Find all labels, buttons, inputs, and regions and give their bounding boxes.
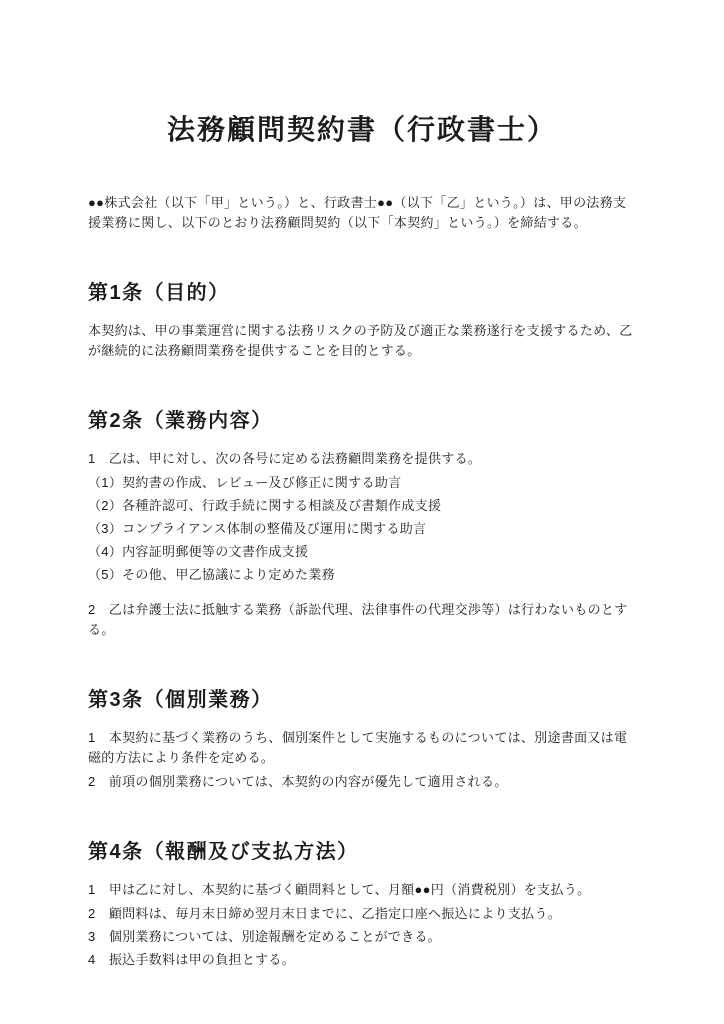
article-3-heading: 第3条（個別業務）: [88, 688, 636, 713]
article-1-body: 本契約は、甲の事業運営に関する法務リスクの予防及び適正な業務遂行を支援するため、…: [88, 321, 636, 361]
article-1-heading: 第1条（目的）: [88, 281, 636, 306]
article-2-item-list: （1）契約書の作成、レビュー及び修正に関する助言 （2）各種許認可、行政手続に関…: [88, 473, 636, 584]
article-2-clause-1: 1 乙は、甲に対し、次の各号に定める法務顧問業務を提供する。: [88, 449, 636, 469]
article-1-section: 第1条（目的） 本契約は、甲の事業運営に関する法務リスクの予防及び適正な業務遂行…: [88, 281, 636, 361]
document-page: 法務顧問契約書（行政書士） ●●株式会社（以下「甲」という。）と、行政書士●●（…: [0, 0, 724, 1024]
article-2-item-5: （5）その他、甲乙協議により定めた業務: [88, 565, 636, 584]
article-4-heading: 第4条（報酬及び支払方法）: [88, 840, 636, 865]
article-3-clause-2: 2 前項の個別業務については、本契約の内容が優先して適用される。: [88, 772, 636, 792]
article-2-section: 第2条（業務内容） 1 乙は、甲に対し、次の各号に定める法務顧問業務を提供する。…: [88, 409, 636, 640]
article-2-item-2: （2）各種許認可、行政手続に関する相談及び書類作成支援: [88, 496, 636, 515]
article-2-item-1: （1）契約書の作成、レビュー及び修正に関する助言: [88, 473, 636, 492]
article-4-clause-3: 3 個別業務については、別途報酬を定めることができる。: [88, 927, 636, 946]
document-title: 法務顧問契約書（行政書士）: [88, 112, 636, 147]
article-4-clause-4: 4 振込手数料は甲の負担とする。: [88, 950, 636, 969]
article-2-heading: 第2条（業務内容）: [88, 409, 636, 434]
preamble-paragraph: ●●株式会社（以下「甲」という。）と、行政書士●●（以下「乙」という。）は、甲の…: [88, 193, 636, 233]
article-3-section: 第3条（個別業務） 1 本契約に基づく業務のうち、個別案件として実施するものにつ…: [88, 688, 636, 792]
article-2-item-3: （3）コンプライアンス体制の整備及び運用に関する助言: [88, 519, 636, 538]
article-3-clause-1: 1 本契約に基づく業務のうち、個別案件として実施するものについては、別途書面又は…: [88, 728, 636, 768]
article-2-clause-2: 2 乙は弁護士法に抵触する業務（訴訟代理、法律事件の代理交渉等）は行わないものと…: [88, 600, 636, 640]
article-4-clause-2: 2 顧問料は、毎月末日締め翌月末日までに、乙指定口座へ振込により支払う。: [88, 904, 636, 923]
article-2-item-4: （4）内容証明郵便等の文書作成支援: [88, 542, 636, 561]
article-4-clause-1: 1 甲は乙に対し、本契約に基づく顧問料として、月額●●円（消費税別）を支払う。: [88, 880, 636, 900]
article-4-section: 第4条（報酬及び支払方法） 1 甲は乙に対し、本契約に基づく顧問料として、月額●…: [88, 840, 636, 969]
